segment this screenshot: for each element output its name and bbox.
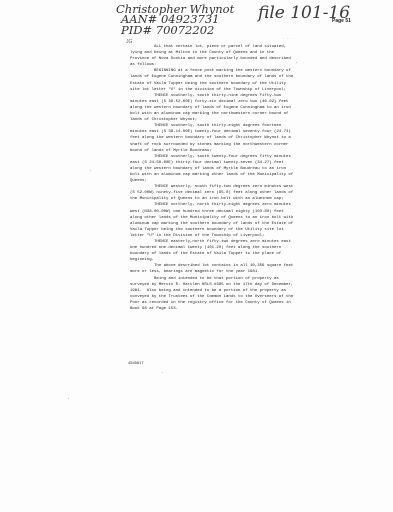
- document-page: Christopher Whynot AAN# 04923731 PID# 70…: [0, 0, 393, 512]
- page-number: Page 51: [332, 18, 351, 24]
- paragraph-course-2: THENCE southerly, south thirty-eight deg…: [130, 123, 295, 153]
- scan-speck: [90, 170, 91, 171]
- paragraph-course-4: THENCE westerly, south fifty-two degrees…: [130, 184, 295, 202]
- faint-stamp: · · · ·: [283, 37, 296, 40]
- paragraph-course-3: THENCE southerly, south twenty-four degr…: [130, 154, 295, 184]
- scan-speck: [68, 398, 69, 399]
- paragraph-area: The above described lot contains in all …: [130, 263, 295, 275]
- paragraph-source: Being and intended to be that portion of…: [130, 276, 295, 313]
- paragraph-intro: ALL that certain lot, piece or parcel of…: [130, 44, 295, 68]
- scan-speck: [296, 62, 297, 63]
- legal-description: ALL that certain lot, piece or parcel of…: [130, 44, 295, 312]
- paragraph-course-5: THENCE northerly, north thirty-eight deg…: [130, 202, 295, 239]
- paragraph-course-1: THENCE southerly, south thirty-nine degr…: [130, 93, 295, 123]
- handwritten-pid: PID# 70072202: [121, 25, 214, 37]
- scan-speck: [162, 372, 163, 373]
- paragraph-beginning: BEGINNING at a fence post marking the we…: [130, 68, 295, 92]
- document-id: 4545817: [128, 360, 144, 365]
- paragraph-course-6: THENCE easterly,north fifty-two degrees …: [130, 239, 295, 263]
